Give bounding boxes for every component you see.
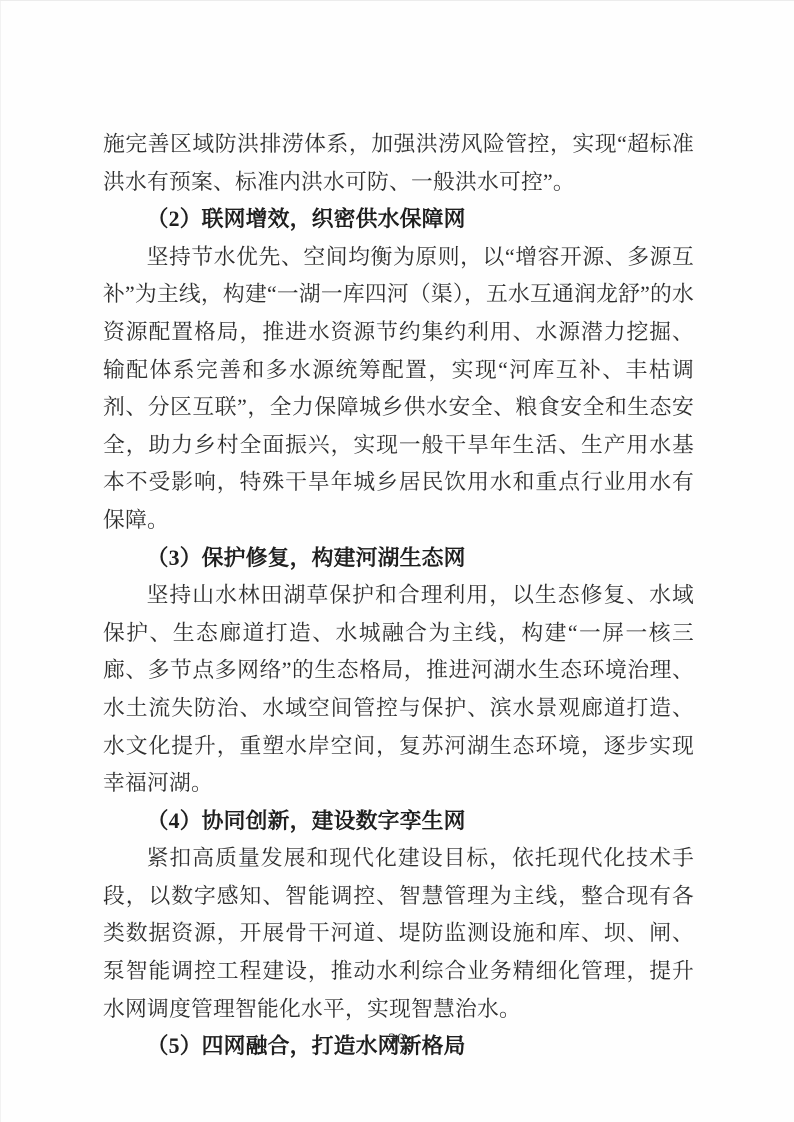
document-page: 施完善区域防洪排涝体系，加强洪涝风险管控，实现“超标准洪水有预案、标准内洪水可防… [0, 0, 794, 1122]
page-content: 施完善区域防洪排涝体系，加强洪涝风险管控，实现“超标准洪水有预案、标准内洪水可防… [103, 126, 694, 1066]
paragraph-digital-twin-network: 紧扣高质量发展和现代化建设目标，依托现代化技术手段，以数字感知、智能调控、智慧管… [103, 840, 694, 1028]
heading-section-3-river-lake-ecology-network: （3）保护修复，构建河湖生态网 [103, 540, 694, 578]
paragraph-river-lake-ecology-network: 坚持山水林田湖草保护和合理利用，以生态修复、水域保护、生态廊道打造、水城融合为主… [103, 577, 694, 803]
paragraph-flood-control-continuation: 施完善区域防洪排涝体系，加强洪涝风险管控，实现“超标准洪水有预案、标准内洪水可防… [103, 126, 694, 201]
page-number: 30 [0, 1031, 794, 1049]
paragraph-water-supply-network: 坚持节水优先、空间均衡为原则，以“增容开源、多源互补”为主线，构建“一湖一库四河… [103, 239, 694, 540]
heading-section-2-water-supply-network: （2）联网增效，织密供水保障网 [103, 201, 694, 239]
heading-section-4-digital-twin-network: （4）协同创新，建设数字孪生网 [103, 803, 694, 841]
